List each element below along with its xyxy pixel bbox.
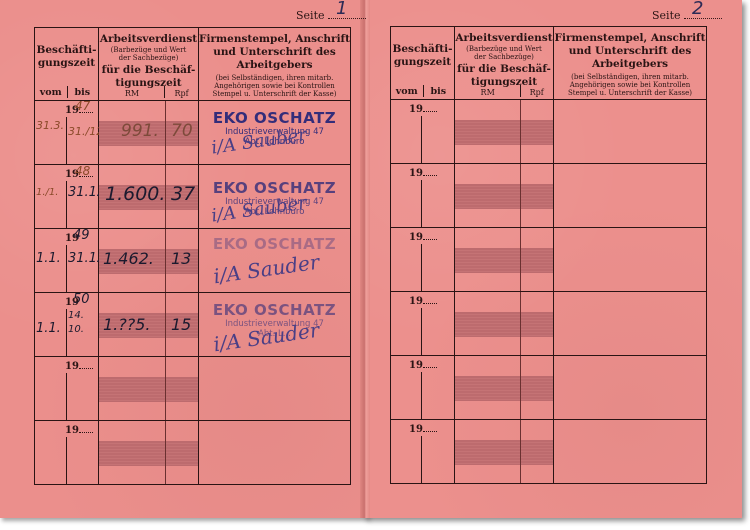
table-row: 19 47 31.3. 31./12 991. 70 EKO OSCHATZ I… <box>35 101 351 165</box>
seite-number: 2 <box>692 0 703 19</box>
header-bis: bis <box>67 87 99 98</box>
header-employer-stamp: Firmenstempel, Anschrift und Unterschrif… <box>554 27 707 100</box>
table-row: 19 <box>391 164 707 228</box>
table-row: 19 <box>391 100 707 164</box>
table-row: 19 <box>391 228 707 292</box>
header-earnings: Arbeitsverdienst (Barbezüge und Wert der… <box>99 28 199 101</box>
header-earnings: Arbeitsverdienst (Barbezüge und Wert der… <box>455 27 554 100</box>
employment-table-left: Beschäfti- gungszeit vombis Arbeitsverdi… <box>34 27 351 485</box>
seite-label: Seite <box>296 9 325 22</box>
table-row: 19 <box>35 357 351 421</box>
vom-date: 31.3. <box>36 119 64 132</box>
employment-table-right: Beschäfti- gungszeit vombis Arbeitsverdi… <box>390 26 707 484</box>
earnings-rpf: 70 <box>171 121 193 141</box>
table-row: 19 <box>35 421 351 485</box>
table-row: 19 <box>391 292 707 356</box>
header-employment-period: Beschäfti- gungszeit vombis <box>35 28 99 101</box>
header-rm: RM <box>99 89 165 98</box>
year-handwritten: 47 <box>75 99 90 113</box>
table-row: 19 48 1./1. 31.12. 1.600. 37 EKO OSCHATZ… <box>35 165 351 229</box>
table-row: 19 <box>391 420 707 484</box>
table-row: 19 49 1.1. 31.12. 1.462. 13 EKO OSCHATZ … <box>35 229 351 293</box>
company-stamp: EKO OSCHATZ <box>199 235 350 253</box>
page-number-left: Seite 1 <box>296 8 366 22</box>
book-spine <box>360 0 370 518</box>
table-row: 19 50 1.1. 14. 10. 1.??5. 15 EKO OSCHATZ… <box>35 293 351 357</box>
earnings-rm: 991. <box>121 121 159 141</box>
header-vom: vom <box>35 87 67 98</box>
page-number-right: Seite 2 <box>652 8 722 22</box>
header-employer-stamp: Firmenstempel, Anschrift und Unterschrif… <box>199 28 351 101</box>
header-rpf: Rpf <box>165 89 198 98</box>
header-employment-period: Beschäfti- gungszeit vombis <box>391 27 455 100</box>
seite-number: 1 <box>336 0 347 19</box>
seite-label: Seite <box>652 9 681 22</box>
table-row: 19 <box>391 356 707 420</box>
